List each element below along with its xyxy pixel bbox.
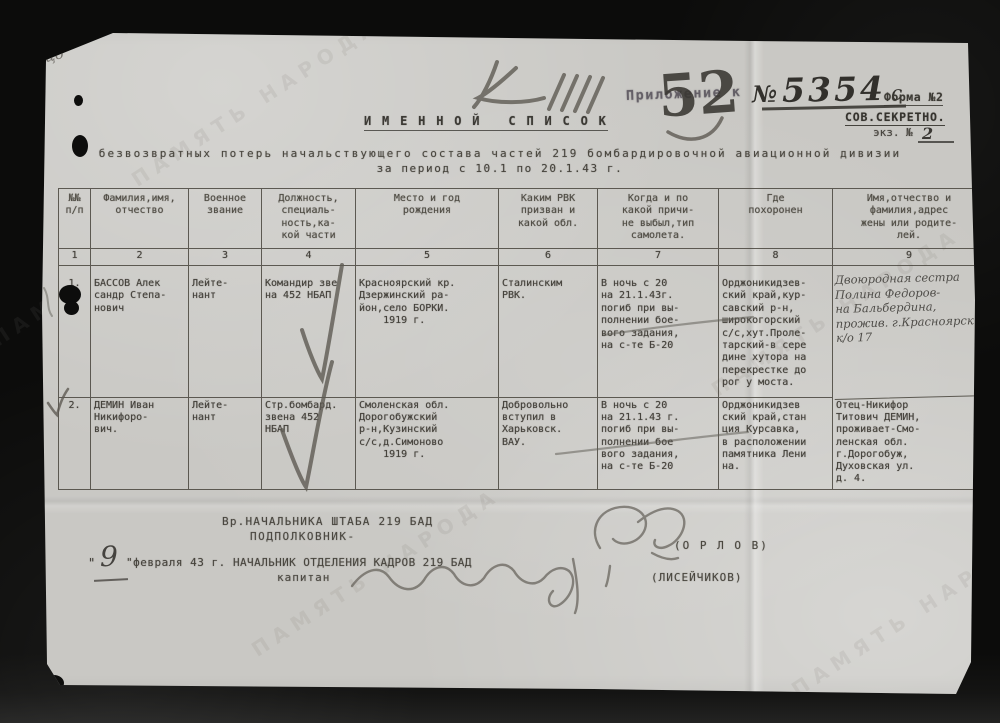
table-cell: 2. <box>59 398 91 490</box>
date-day-handwriting: 9 <box>100 540 118 573</box>
table-cell: Сталинским РВК. <box>499 266 598 398</box>
form-label: Форма №2 <box>884 90 943 106</box>
paper-hole <box>44 675 64 691</box>
column-header: Каким РВК призван и какой обл. <box>499 189 598 249</box>
scan-background: ПАМЯТЬ НАРОДА ПАМЯТЬ НАРОДА ПАМЯТЬ НАРОД… <box>0 0 1000 723</box>
column-header: Место и год рождения <box>356 189 499 249</box>
watermark: ПАМЯТЬ НАРОДА <box>787 523 1000 702</box>
column-header: Где похоронен <box>719 189 833 249</box>
column-header: Имя,отчество и фамилия,адрес жены или ро… <box>833 189 986 249</box>
column-header: Когда и по какой причи- не выбыл,тип сам… <box>598 189 719 249</box>
table-cell: Добровольно вступил в Харьковск. ВАУ. <box>499 398 598 490</box>
paper-hole <box>74 95 83 106</box>
table-cell-handwritten: Двоюродная сестра Полина Федоров- на Бал… <box>831 264 987 400</box>
date-open-quote: " <box>88 556 95 570</box>
margin-scribble <box>44 288 52 316</box>
personnel-chief-line: НАЧАЛЬНИК ОТДЕЛЕНИЯ КАДРОВ 219 БАД <box>233 556 472 569</box>
chief-rank-line: ПОДПОЛКОВНИК- <box>250 530 356 543</box>
column-number: 2 <box>91 249 189 266</box>
table-cell: Орджоникидзев- ский край,кур- савский р-… <box>719 266 833 398</box>
column-number: 1 <box>59 249 91 266</box>
copy-number-underline <box>918 141 954 143</box>
table-cell: Командир зве на 452 НБАП <box>262 266 356 398</box>
chief-name: (О Р Л О В) <box>674 539 769 552</box>
column-header: Должность, специаль- ность,ка- кой части <box>262 189 356 249</box>
table-cell: Красноярский кр. Дзержинский ра- йон,сел… <box>356 266 499 398</box>
column-number: 8 <box>719 249 833 266</box>
table-cell: БАССОВ Алек сандр Степа- нович <box>91 266 189 398</box>
number-digits: 5354 <box>782 69 887 110</box>
document-paper: ПАМЯТЬ НАРОДА ПАМЯТЬ НАРОДА ПАМЯТЬ НАРОД… <box>0 0 1000 723</box>
column-number: 9 <box>833 249 986 266</box>
column-header: №№ п/п <box>59 189 91 249</box>
table-cell: Смоленская обл. Дорогобужский р-н,Кузинс… <box>356 398 499 490</box>
chief-of-staff-line: Вр.НАЧАЛЬНИКА ШТАБА 219 БАД <box>222 515 433 528</box>
table-cell: Лейте- нант <box>189 398 262 490</box>
copy-label: экз. № <box>873 126 913 139</box>
column-number: 3 <box>189 249 262 266</box>
losses-table: №№ п/п Фамилия,имя, отчество Военное зва… <box>58 188 986 490</box>
k-mark-handwriting <box>474 62 603 112</box>
column-header: Военное звание <box>189 189 262 249</box>
column-number: 5 <box>356 249 499 266</box>
document-title: И М Е Н Н О Й С П И С О К <box>364 114 608 131</box>
date-text: "февраля 43 г. <box>126 556 226 569</box>
table-cell: В ночь с 20 на 21.1.43г. погиб при вы- п… <box>598 266 719 398</box>
paper-hole <box>64 301 79 315</box>
table-cell: Лейте- нант <box>189 266 262 398</box>
column-number: 4 <box>262 249 356 266</box>
table-cell: ДЕМИН Иван Никифоро- вич. <box>91 398 189 490</box>
table-cell: Стр.бомбард. звена 452 НБАП <box>262 398 356 490</box>
column-header: Фамилия,имя, отчество <box>91 189 189 249</box>
subtitle-line-1: безвозвратных потерь начальствующего сос… <box>50 147 950 160</box>
table-cell: Отец-Никифор Титович ДЕМИН, проживает-См… <box>833 398 986 490</box>
table-cell: Орджоникидзев ский край,стан ция Курсавк… <box>719 398 833 490</box>
personnel-name: (ЛИСЕЙЧИКОВ) <box>651 571 742 584</box>
column-number: 7 <box>598 249 719 266</box>
table-cell: В ночь с 20 на 21.1.43 г. погиб при вы- … <box>598 398 719 490</box>
corner-note-handwriting: цб <box>42 44 65 66</box>
page-number-handwriting: 52 <box>656 57 741 130</box>
number-sign: № <box>752 81 777 108</box>
column-number: 6 <box>499 249 598 266</box>
subtitle-line-2: за период с 10.1 по 20.1.43 г. <box>50 162 950 175</box>
paper-hole <box>72 135 88 157</box>
personnel-rank: капитан <box>277 571 330 584</box>
date-underline <box>94 578 128 581</box>
